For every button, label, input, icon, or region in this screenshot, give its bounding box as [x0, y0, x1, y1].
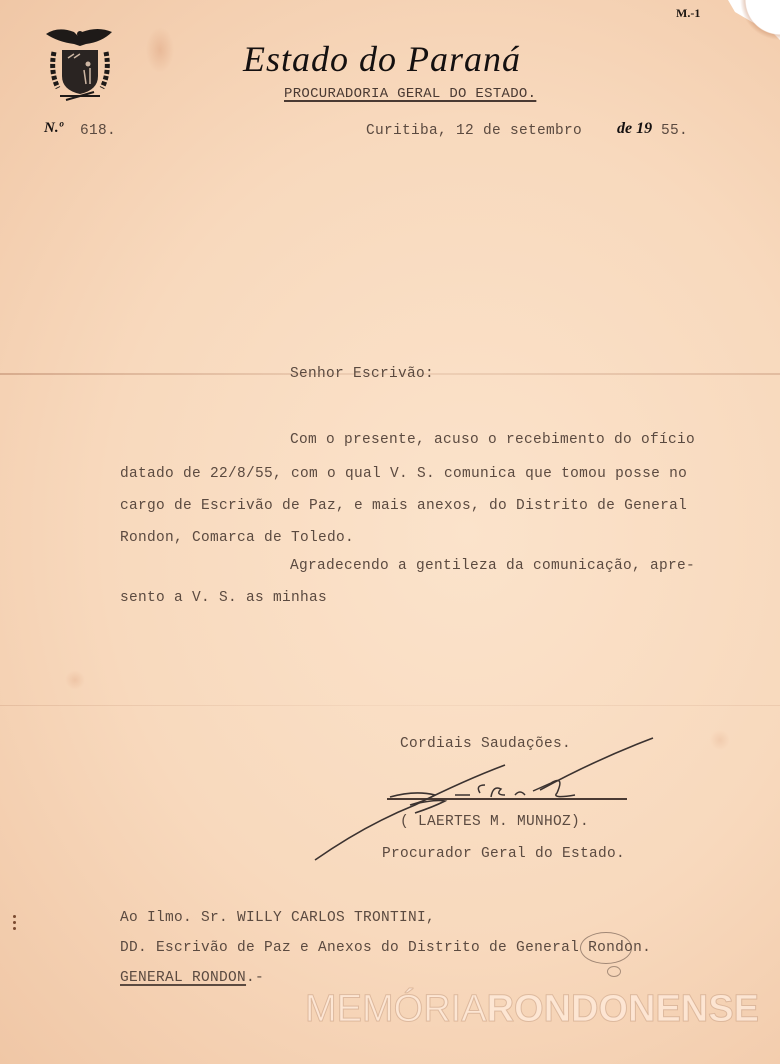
form-code: M.-1	[676, 6, 700, 21]
watermark-light: MEMÓRIA	[305, 988, 487, 1030]
document-number: 618.	[80, 123, 116, 139]
addressee-line: Ao Ilmo. Sr. WILLY CARLOS TRONTINI,	[120, 910, 435, 926]
watermark-bold: RONDONENSE	[487, 988, 759, 1030]
pencil-circle-mark	[580, 932, 632, 964]
letterhead-title: Estado do Paraná	[243, 38, 521, 80]
body-line: Agradecendo a gentileza da comunicação, …	[290, 558, 695, 574]
fold-line	[0, 705, 780, 706]
torn-corner	[720, 0, 780, 60]
addressee-line: DD. Escrivão de Paz e Anexos do Distrito…	[120, 940, 651, 956]
addressee-city-suffix: .-	[246, 970, 264, 986]
pencil-circle-mark	[607, 966, 621, 977]
signatory-name: ( LAERTES M. MUNHOZ).	[400, 814, 589, 830]
number-label: N.º	[44, 120, 63, 137]
punch-marks	[13, 915, 17, 935]
salutation: Senhor Escrivão:	[290, 366, 434, 382]
body-line: Rondon, Comarca de Toledo.	[120, 530, 354, 546]
body-line: Com o presente, acuso o recebimento do o…	[290, 432, 695, 448]
addressee-line: GENERAL RONDON.-	[120, 970, 264, 986]
department-name: PROCURADORIA GERAL DO ESTADO.	[284, 86, 536, 102]
city-date: Curitiba, 12 de setembro	[366, 123, 582, 139]
watermark: MEMÓRIARONDONENSE	[305, 988, 759, 1031]
body-line: cargo de Escrivão de Paz, e mais anexos,…	[120, 498, 687, 514]
year-prefix: de 19	[617, 120, 652, 138]
document-paper	[0, 0, 780, 1064]
parana-coat-of-arms-icon	[44, 24, 116, 104]
year-suffix: 55.	[661, 123, 688, 139]
body-line: datado de 22/8/55, com o qual V. S. comu…	[120, 466, 687, 482]
addressee-city: GENERAL RONDON	[120, 970, 246, 986]
signatory-title: Procurador Geral do Estado.	[382, 846, 625, 862]
body-line: sento a V. S. as minhas	[120, 590, 327, 606]
